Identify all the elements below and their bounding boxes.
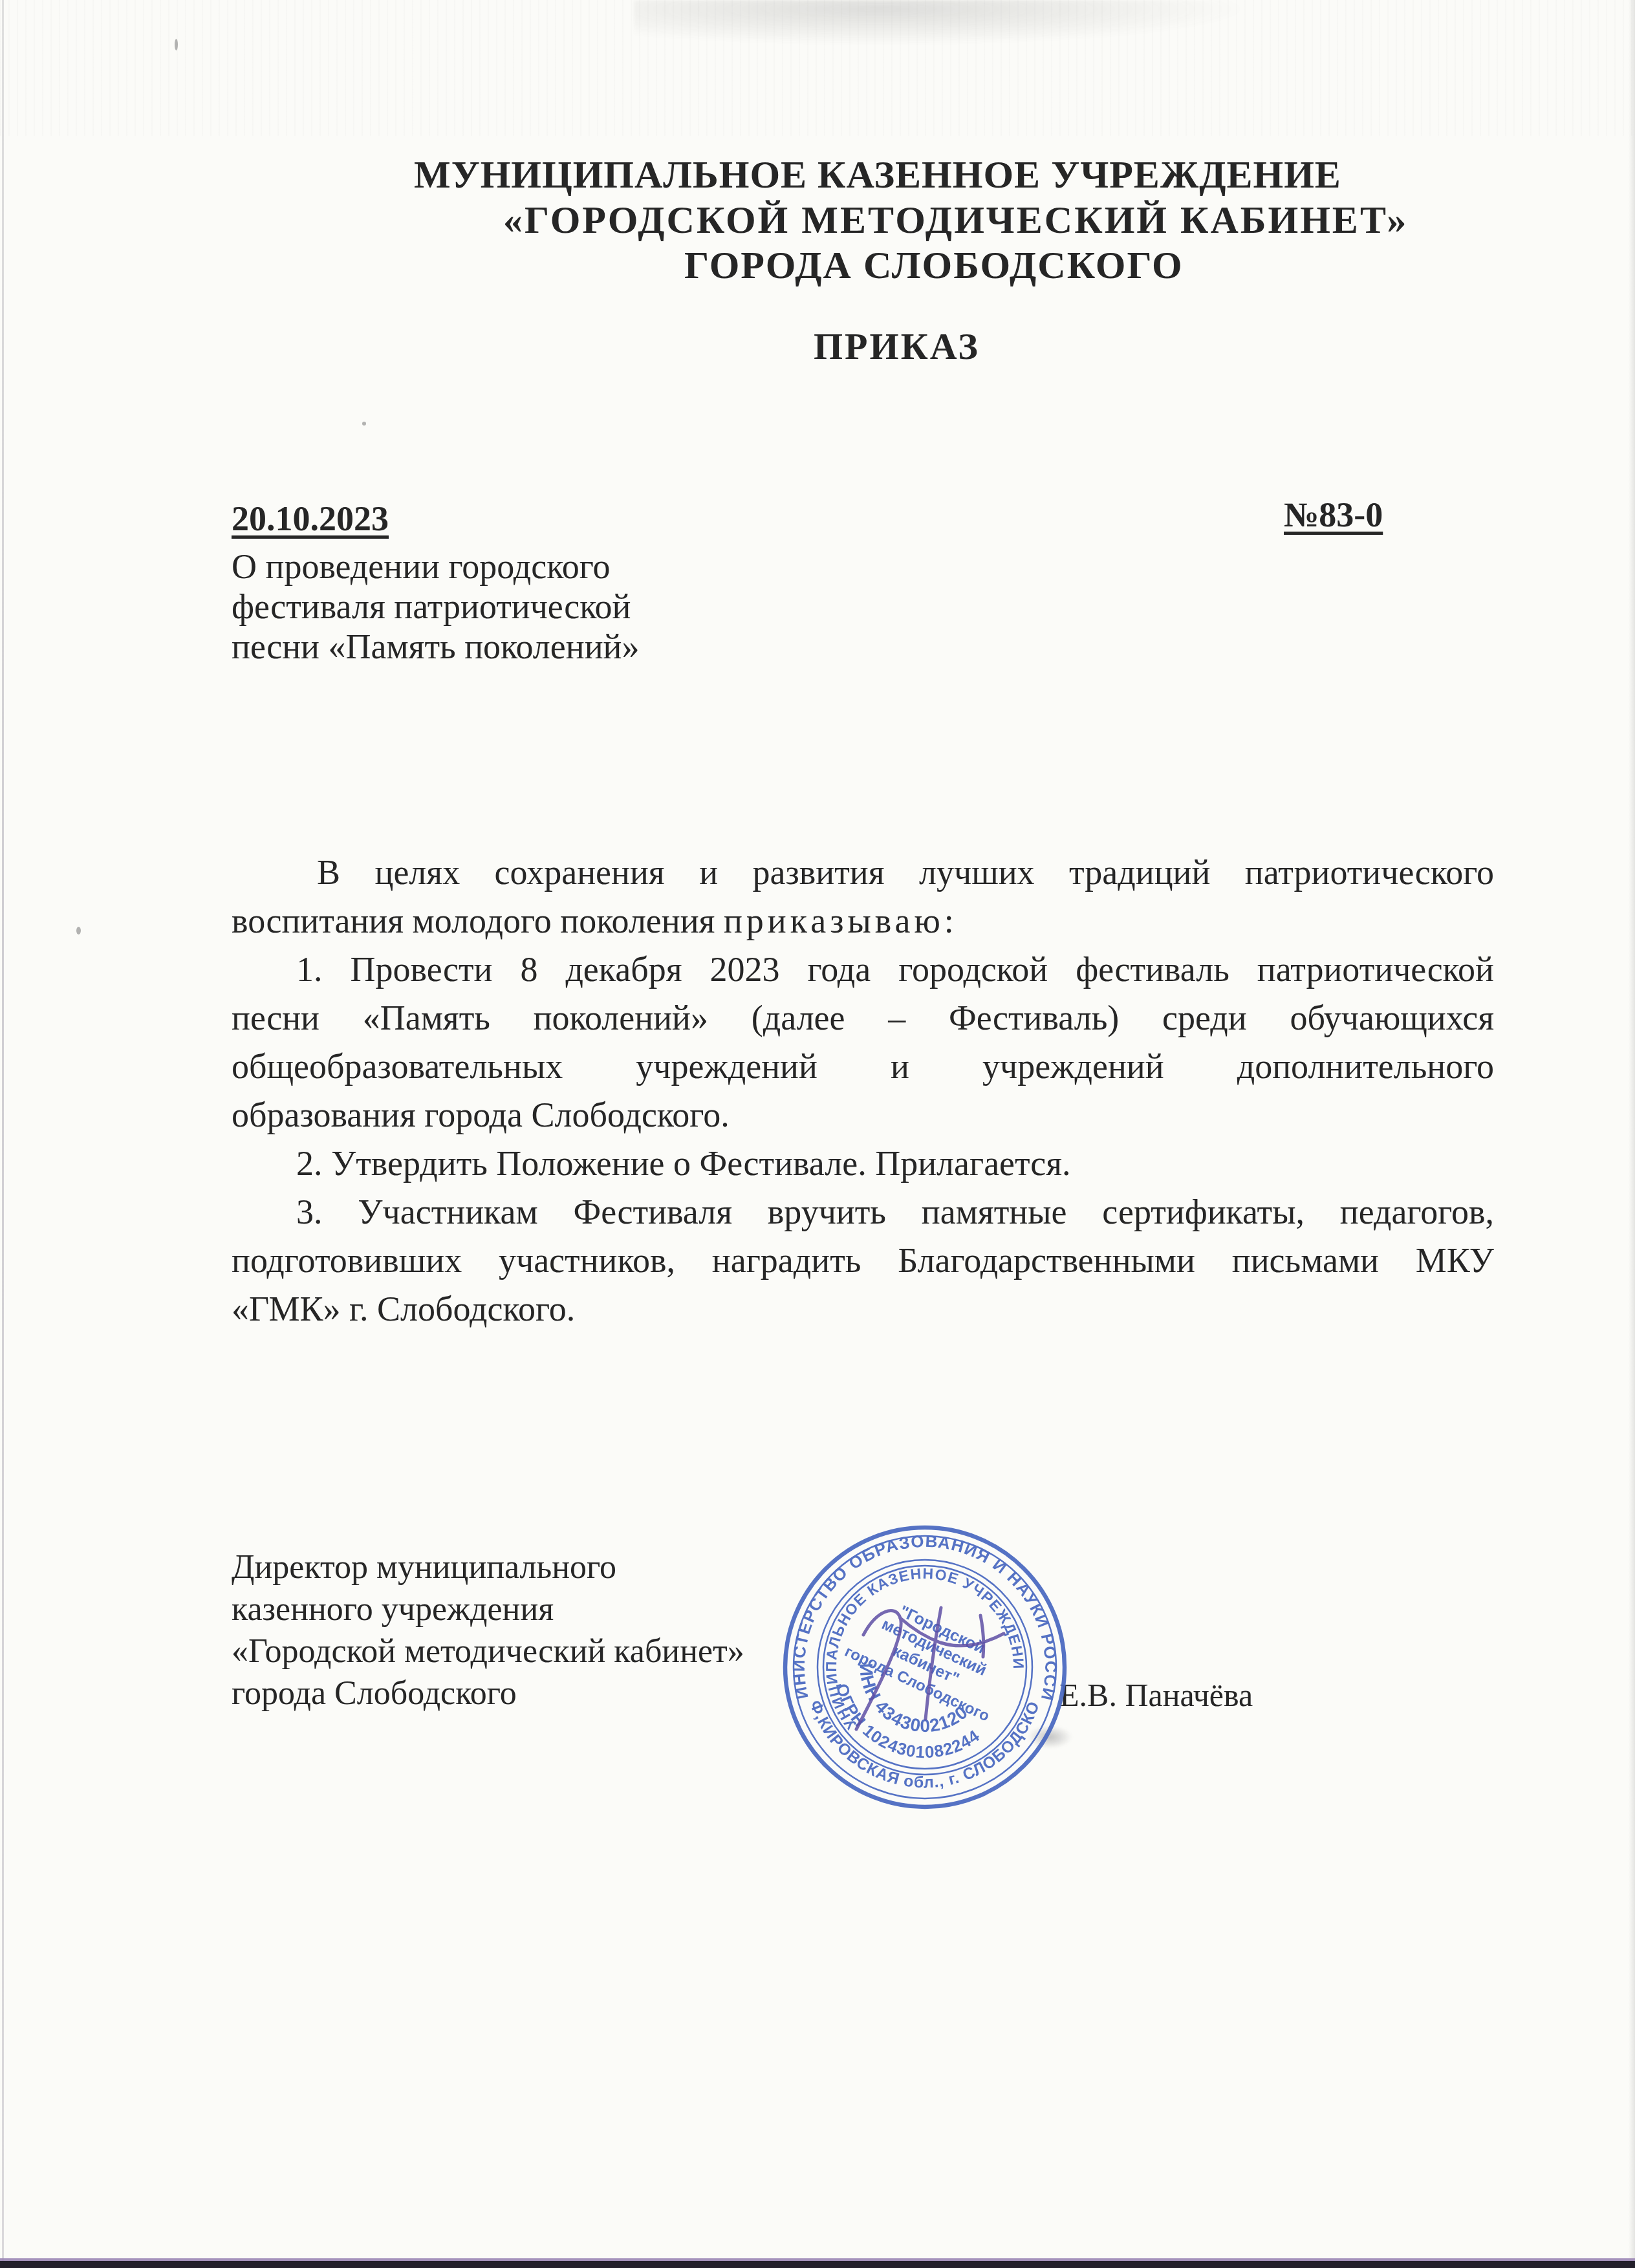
signature-line-3: «Городской методический кабинет» [232,1630,744,1672]
subject-line-2: фестиваля патриотической [232,587,639,627]
body-line-1: В целях сохранения и развития лучших тра… [232,848,1494,897]
body-line-6: образования города Слободского. [232,1091,1494,1139]
body-line-9: подготовивших участников, наградить Благ… [232,1237,1494,1285]
signer-name: Е.В. Паначёва [1059,1675,1253,1715]
order-body: В целях сохранения и развития лучших тра… [232,848,1494,1334]
official-stamp: МИНИСТЕРСТВО ОБРАЗОВАНИЯ И НАУКИ РОССИИ … [781,1524,1072,1815]
body-line-2-text: воспитания молодого поколения [232,902,724,940]
body-line-10: «ГМК» г. Слободского. [232,1285,1494,1334]
org-name-line-2: «ГОРОДСКОЙ МЕТОДИЧЕСКИЙ КАБИНЕТ» [503,200,1408,239]
body-line-2: воспитания молодого поколения приказываю… [232,897,1494,945]
body-line-7: 2. Утвердить Положение о Фестивале. Прил… [232,1139,1494,1188]
scan-smudge-top [634,0,1248,45]
org-name-line-3: ГОРОДА СЛОБОДСКОГО [684,246,1184,285]
signature-block: Директор муниципального казенного учрежд… [232,1546,744,1714]
scan-speck [76,927,81,934]
order-subject: О проведении городского фестиваля патрио… [232,546,639,667]
scan-speck [175,39,178,50]
body-line-5: общеобразовательных учреждений и учрежде… [232,1042,1494,1091]
subject-line-1: О проведении городского [232,546,639,587]
scan-strip-dark [0,2261,1635,2268]
subject-line-3: песни «Память поколений» [232,627,639,667]
scanned-order-page: { "document": { "org_lines": [ "МУНИЦИПА… [0,0,1635,2268]
org-name-line-1: МУНИЦИПАЛЬНОЕ КАЗЕННОЕ УЧРЕЖДЕНИЕ [414,155,1341,194]
scan-speck [362,422,366,426]
signature-line-2: казенного учреждения [232,1588,744,1630]
order-date: 20.10.2023 [232,499,389,538]
signature-line-1: Директор муниципального [232,1546,744,1588]
signature-line-4: города Слободского [232,1672,744,1714]
order-number: №83-0 [1284,495,1383,534]
body-line-4: песни «Память поколений» (далее – Фестив… [232,994,1494,1042]
body-line-3: 1. Провести 8 декабря 2023 года городско… [232,945,1494,994]
scan-edge-right [1629,0,1635,2268]
scan-edge-left [2,0,4,2268]
body-line-8: 3. Участникам Фестиваля вручить памятные… [232,1188,1494,1237]
body-line-2-keyword: приказываю: [724,902,958,940]
document-type-title: ПРИКАЗ [814,327,980,366]
